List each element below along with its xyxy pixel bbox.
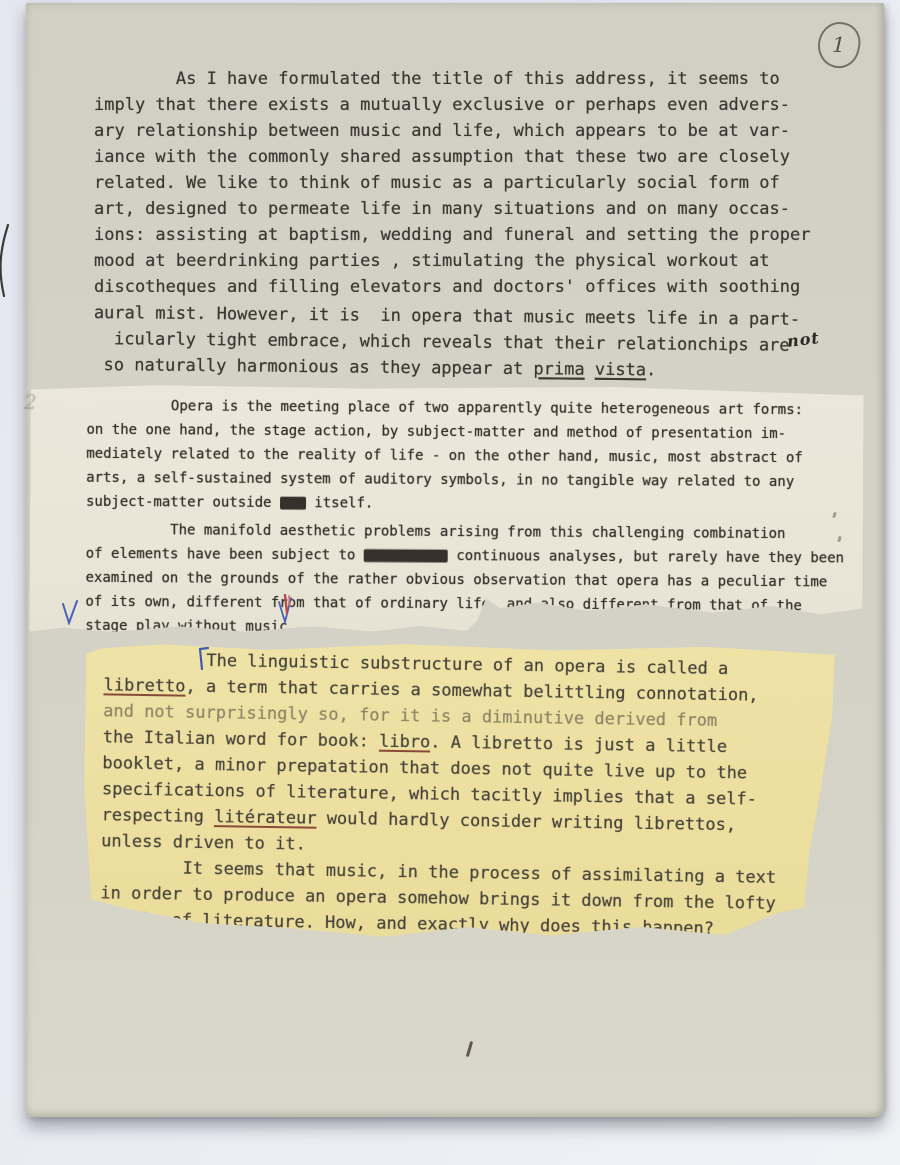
note-paragraph-1: The linguistic substructure of an opera … <box>101 646 780 865</box>
strip-paragraph-1: Opera is the meeting place of two appare… <box>86 394 845 519</box>
typed-text: continuous analyses, but rarely have the… <box>448 548 844 566</box>
strip-typed-text: Opera is the meeting place of two appare… <box>85 394 845 643</box>
typed-line: discotheques and filling elevators and d… <box>94 274 810 300</box>
typed-text: of elements have been subject to <box>86 546 364 564</box>
struck-out-word <box>280 497 306 509</box>
typed-text: aural mist. However, it is in opera that… <box>94 303 800 330</box>
scanned-document-page: As I have formulated the title of this a… <box>0 0 900 1165</box>
underlined-term: libretto <box>103 675 185 696</box>
typed-text: so naturally harmonious as they appear a… <box>93 355 533 379</box>
typed-text: unless driven to it. <box>101 831 306 854</box>
typed-text: on the one hand, the stage action, by su… <box>86 422 786 442</box>
pasted-yellow-note: The linguistic substructure of an opera … <box>82 634 843 948</box>
scanner-debris-thread <box>0 224 12 298</box>
typed-text: would hardly consider writing librettos, <box>316 809 736 836</box>
faint-margin-number: 2 <box>24 390 37 414</box>
typed-text: examined on the grounds of the rather ob… <box>86 570 828 591</box>
typed-line: ary relationship between music and life,… <box>94 118 810 144</box>
handwritten-insertion-not: not <box>786 328 821 351</box>
typed-text: . A libretto is just a little <box>430 732 727 757</box>
typed-text: The manifold aesthetic problems arising … <box>86 522 786 542</box>
typed-text <box>585 360 595 380</box>
typed-text: As I have formulated the title of this a… <box>94 69 780 89</box>
typed-text: . <box>646 360 656 380</box>
underlined-term: vista <box>595 360 646 380</box>
typed-text: Opera is the meeting place of two appare… <box>87 398 804 418</box>
typed-text: respecting <box>101 805 214 827</box>
typed-line: As I have formulated the title of this a… <box>94 66 810 92</box>
typed-text: itself. <box>306 495 374 511</box>
red-blue-tick-icon <box>276 594 294 626</box>
typed-text: ions: assisting at baptism, wedding and … <box>94 225 810 245</box>
typed-line: ions: assisting at baptism, wedding and … <box>94 222 810 248</box>
pasted-strip: Opera is the meeting place of two appare… <box>29 381 864 638</box>
typed-paragraph-top-tilted-lines: aural mist. However, it is in opera that… <box>93 300 800 385</box>
typed-line: iance with the commonly shared assumptio… <box>94 144 810 170</box>
typed-line: subject-matter outside itself. <box>86 490 844 519</box>
typed-paragraph-top: As I have formulated the title of this a… <box>94 66 810 300</box>
typed-text: mood at beerdrinking parties , stimulati… <box>94 251 770 271</box>
typed-text: iance with the commonly shared assumptio… <box>94 147 790 167</box>
typed-text: the Italian word for book: <box>103 727 380 751</box>
struck-out-word <box>364 549 448 562</box>
typed-text: mediately related to the reality of life… <box>86 446 803 466</box>
underlined-term: litérateur <box>214 807 317 829</box>
typed-text: arts, a self-sustained system of auditor… <box>86 470 794 490</box>
blue-insertion-mark-icon <box>196 645 210 671</box>
underlined-term: libro <box>379 732 430 753</box>
typed-line: mood at beerdrinking parties , stimulati… <box>94 248 810 274</box>
typed-text: imply that there exists a mutually exclu… <box>94 95 790 115</box>
underlined-term: prima <box>533 359 584 379</box>
typed-text: related. We like to think of music as a … <box>94 173 780 193</box>
note-typed-text: The linguistic substructure of an opera … <box>100 646 780 943</box>
typed-text: ary relationship between music and life,… <box>94 121 790 141</box>
typed-text: discotheques and filling elevators and d… <box>94 277 800 297</box>
typed-text: subject-matter outside <box>86 494 280 511</box>
typed-text: art, designed to permeate life in many s… <box>94 199 790 219</box>
blue-checkmark-icon <box>60 599 80 625</box>
typed-line: imply that there exists a mutually exclu… <box>94 92 810 118</box>
typed-line: related. We like to think of music as a … <box>94 170 810 196</box>
page-number-digit: 1 <box>832 33 846 57</box>
typed-text: icularly tight embrace, which reveals th… <box>94 329 790 356</box>
typed-line: art, designed to permeate life in many s… <box>94 196 810 222</box>
